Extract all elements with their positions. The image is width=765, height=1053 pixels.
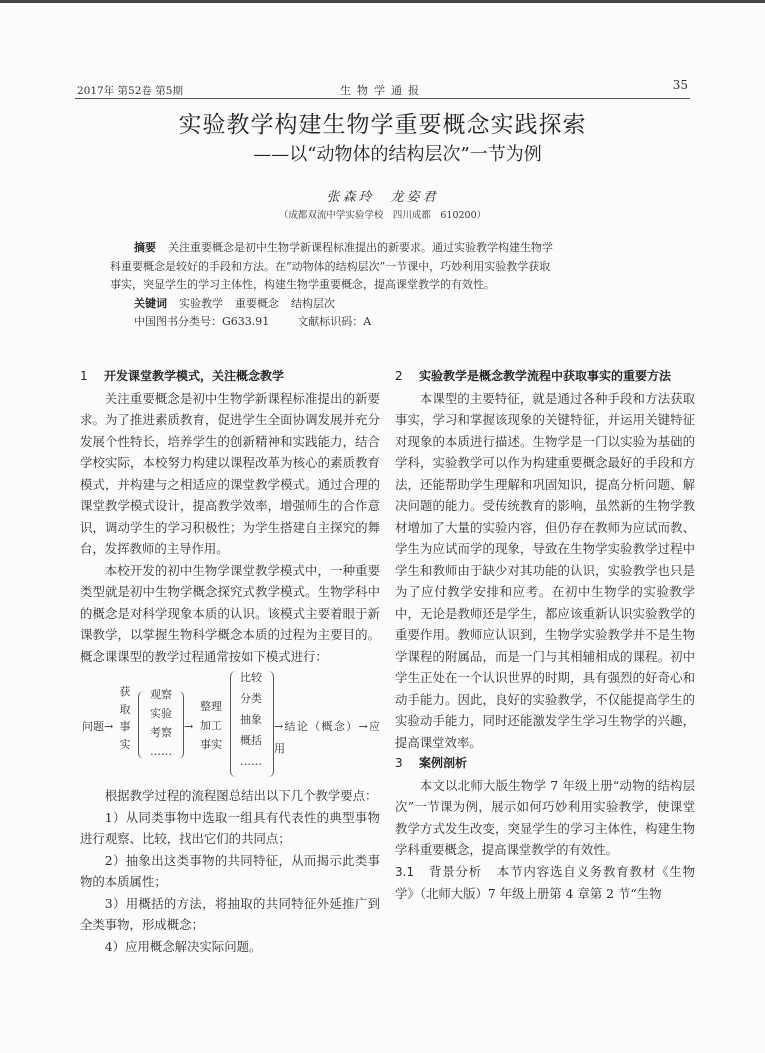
classification-line: 中国图书分类号：G633.91文献标识码：A [134, 313, 670, 332]
section-3-heading: 3案例剖析 [395, 753, 695, 775]
keyword: 结构层次 [291, 297, 335, 310]
keywords-label: 关键词 [134, 297, 167, 310]
journal-page: 2017年 第52卷 第5期 生物学通报 35 实验教学构建生物学重要概念实践探… [0, 0, 765, 1053]
left-column: 1开发课堂教学模式，关注概念教学 关注重要概念是初中生物学新课程标准提出的新要求… [80, 366, 380, 957]
keyword: 重要概念 [235, 297, 279, 310]
teaching-point-3: 3）用概括的方法，将抽取的共同特征外延推广到全类事物，形成概念； [80, 893, 380, 936]
flow-stage2-label: 整理 加工 事实 [194, 697, 228, 754]
abstract-line-2: 科重要概念是较好的手段和方法。在“动物体的结构层次”一节课中，巧妙利用实验教学获… [110, 258, 670, 277]
section-2-heading: 2实验教学是概念教学流程中获取事实的重要方法 [395, 366, 695, 388]
flow-end: →结论（概念）→应用 [274, 716, 380, 759]
page-number: 35 [673, 78, 688, 92]
abstract-label: 摘要 [134, 241, 156, 254]
section-1-paragraph-2: 本校开发的初中生物学课堂教学模式中，一种重要类型就是初中生物学概念探究式教学模式… [80, 560, 380, 668]
keywords-line: 关键词实验教学重要概念结构层次 [134, 295, 670, 314]
section-1-heading: 1开发课堂教学模式，关注概念教学 [80, 366, 380, 388]
abstract-block: 摘要关注重要概念是初中生物学新课程标准提出的新要求。通过实验教学构建生物学 科重… [110, 239, 670, 332]
affiliation: （成都双流中学实验学校 四川成都 610200） [0, 207, 765, 221]
keyword: 实验教学 [179, 297, 223, 310]
authors: 张森玲 龙姿君 [0, 186, 765, 205]
flow-stage2-items: 比较 分类 抽象 概括 …… [233, 667, 269, 772]
article-subtitle: ——以“动物体的结构层次”一节为例 [0, 140, 765, 166]
section-1-paragraph-3: 根据教学过程的流程图总结出以下几个教学要点： [80, 785, 380, 807]
teaching-point-4: 4）应用概念解决实际问题。 [80, 936, 380, 958]
flow-arrow: → [184, 716, 193, 738]
section-3-1-heading: 背景分析 [428, 864, 482, 879]
article-title: 实验教学构建生物学重要概念实践探索 [0, 106, 765, 139]
concept-teaching-flowchart: 问题→ 获 取 事 实 观察 实验 考察 …… → 整理 加工 事实 [80, 669, 380, 783]
flow-start: 问题→ [82, 716, 113, 738]
section-3-1: 3.1背景分析本节内容选自义务教育教材《生物学》（北师大版）7 年级上册第 4 … [395, 861, 695, 905]
section-3-1-number: 3.1 [395, 865, 414, 879]
section-1-paragraph-1: 关注重要概念是初中生物学新课程标准提出的新要求。为了推进素质教育，促进学生全面协… [80, 388, 380, 560]
document-code: A [363, 315, 371, 328]
teaching-point-2: 2）抽象出这类事物的共同特征，从而揭示此类事物的本质属性； [80, 850, 380, 893]
abstract-line-3: 事实，突显学生的学习主体性，构建生物学重要概念，提高课堂教学的有效性。 [110, 276, 670, 295]
abstract-line-1: 摘要关注重要概念是初中生物学新课程标准提出的新要求。通过实验教学构建生物学 [134, 239, 670, 258]
section-3-paragraph-1: 本文以北师大版生物学 7 年级上册“动物的结构层次”一节课为例，展示如何巧妙利用… [395, 775, 695, 861]
flow-stage1-label: 获 取 事 实 [118, 683, 132, 753]
section-2-paragraph-1: 本课型的主要特征，就是通过各种手段和方法获取事实，学习和掌握该现象的关键特征，并… [395, 388, 695, 754]
clc-number: G633.91 [222, 315, 269, 328]
journal-name: 生物学通报 [75, 82, 690, 98]
teaching-point-1: 1）从同类事物中选取一组具有代表性的典型事物进行观察、比较，找出它们的共同点； [80, 807, 380, 850]
flow-stage1-items: 观察 实验 考察 …… [142, 685, 180, 761]
running-head: 2017年 第52卷 第5期 生物学通报 35 [75, 82, 690, 99]
right-column: 2实验教学是概念教学流程中获取事实的重要方法 本课型的主要特征，就是通过各种手段… [395, 366, 695, 905]
